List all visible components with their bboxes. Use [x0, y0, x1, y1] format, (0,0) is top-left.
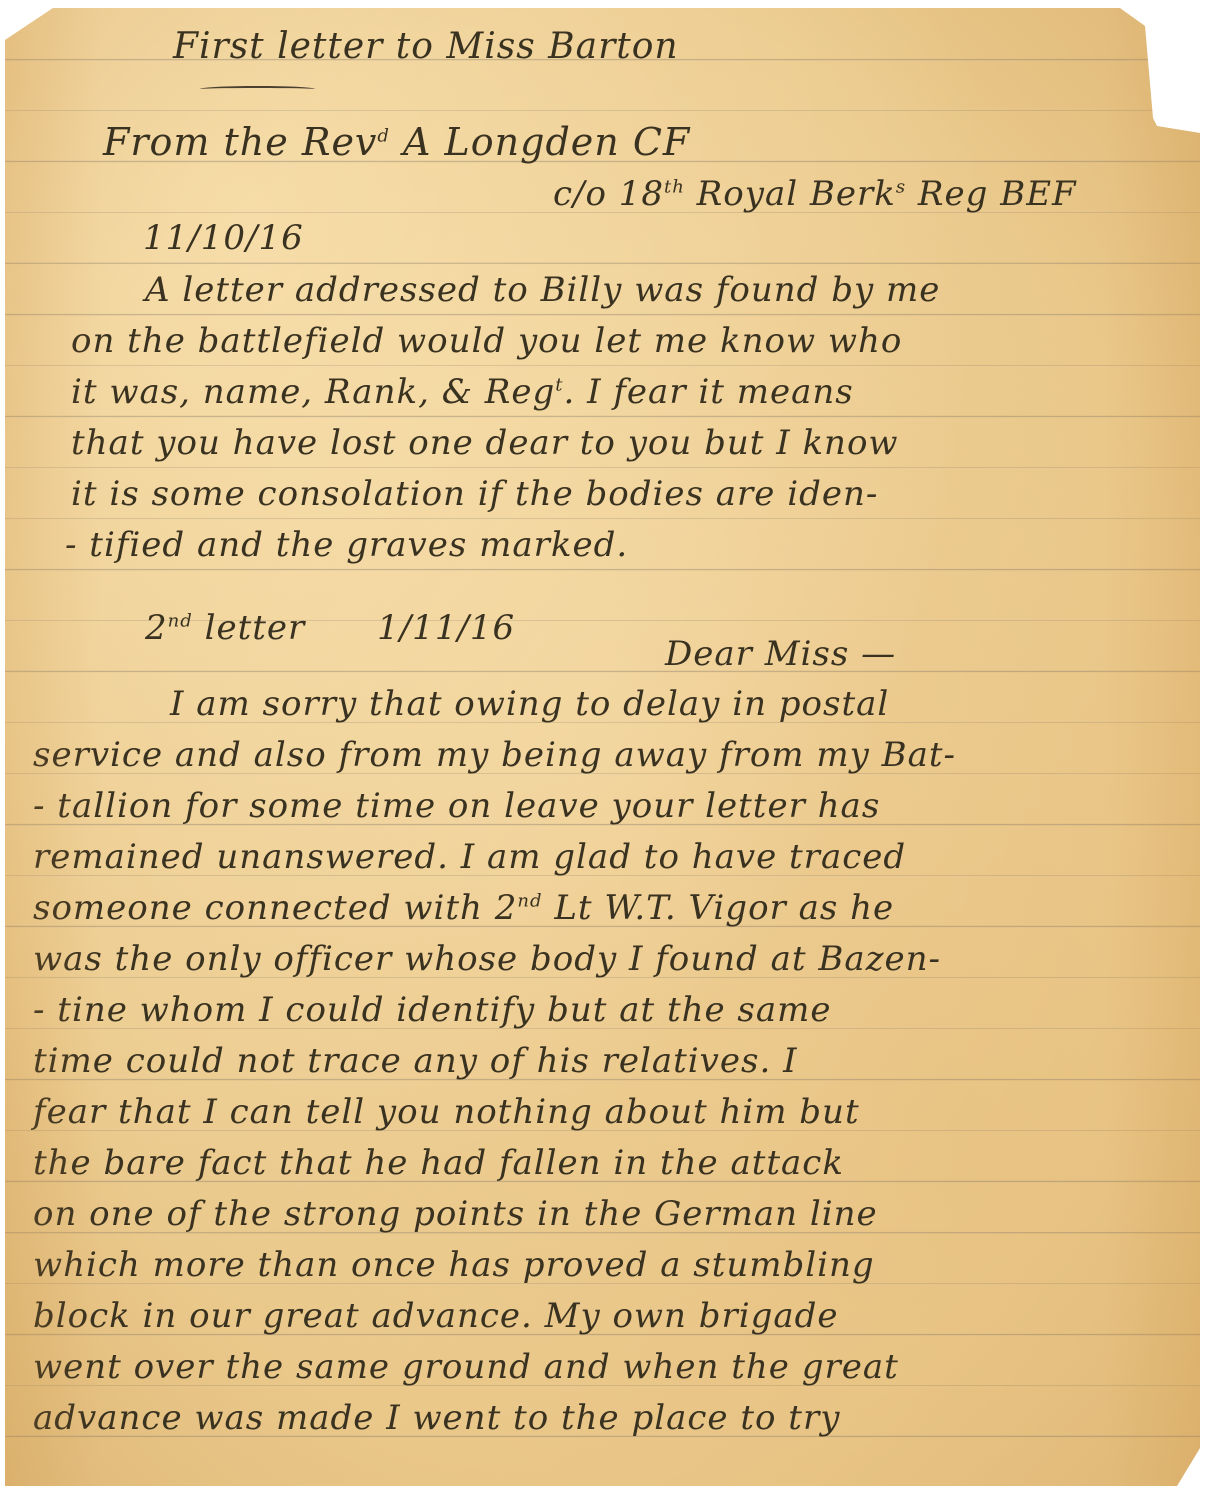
second-letter-line-10: the bare fact that he had fallen in the …: [33, 1143, 844, 1183]
line-text: it is some consolation if the bodies are…: [71, 474, 878, 514]
line-text: on the battlefield would you let me know…: [71, 321, 902, 361]
from-text: From the Rev: [103, 120, 377, 164]
second-letter-line-15: advance was made I went to the place to …: [33, 1398, 840, 1438]
line-text: A letter addressed to Billy was found by…: [145, 270, 940, 310]
line-text: on one of the strong points in the Germa…: [33, 1194, 878, 1234]
second-letter-line-11: on one of the strong points in the Germa…: [33, 1194, 878, 1234]
line-text: remained unanswered. I am glad to have t…: [33, 837, 906, 877]
second-letter-line-5: someone connected with 2nd Lt W.T. Vigor…: [33, 888, 894, 928]
line-text: that you have lost one dear to you but I…: [71, 423, 899, 463]
second-letter-line-7: - tine whom I could identify but at the …: [33, 990, 832, 1030]
line-text: went over the same ground and when the g…: [33, 1347, 899, 1387]
title-text: First letter to Miss Barton: [173, 26, 679, 67]
label-sup: nd: [168, 611, 193, 632]
line-text: - tified and the graves marked.: [65, 525, 628, 565]
line-text: block in our great advance. My own briga…: [33, 1296, 839, 1336]
line-text: someone connected with 2: [33, 888, 517, 928]
second-letter-line-14: went over the same ground and when the g…: [33, 1347, 899, 1387]
line-end: Lt W.T. Vigor as he: [543, 888, 895, 928]
second-letter-line-8: time could not trace any of his relative…: [33, 1041, 798, 1081]
second-letter-line-6: was the only officer whose body I found …: [33, 939, 941, 979]
line-end: . I fear it means: [563, 372, 853, 412]
line-text: - tine whom I could identify but at the …: [33, 990, 832, 1030]
date-text: 11/10/16: [143, 218, 304, 258]
first-letter-date: 11/10/16: [143, 218, 304, 258]
line-text: was the only officer whose body I found …: [33, 939, 941, 979]
salutation-text: Dear Miss —: [665, 634, 896, 674]
line-text: fear that I can tell you nothing about h…: [33, 1092, 860, 1132]
line-text: I am sorry that owing to delay in postal: [170, 684, 889, 724]
label-text: 2: [145, 608, 168, 648]
from-sup: d: [377, 125, 390, 146]
from-line: From the Revd A Longden CF: [103, 120, 690, 164]
address-end: Reg BEF: [906, 174, 1077, 214]
from-rest: A Longden CF: [390, 120, 690, 164]
first-letter-line-1: A letter addressed to Billy was found by…: [145, 270, 940, 310]
line-text: the bare fact that he had fallen in the …: [33, 1143, 844, 1183]
second-letter-date: 1/11/16: [377, 608, 515, 648]
line-sup: t: [555, 375, 563, 396]
second-letter-line-9: fear that I can tell you nothing about h…: [33, 1092, 860, 1132]
line-text: service and also from my being away from…: [33, 735, 956, 775]
line-text: - tallion for some time on leave your le…: [33, 786, 880, 826]
second-letter-line-13: block in our great advance. My own briga…: [33, 1296, 839, 1336]
line-text: it was, name, Rank, & Reg: [71, 372, 555, 412]
first-letter-line-3: it was, name, Rank, & Regt. I fear it me…: [71, 372, 854, 412]
second-letter-line-12: which more than once has proved a stumbl…: [33, 1245, 875, 1285]
letter-page: First letter to Miss Barton From the Rev…: [5, 8, 1200, 1486]
first-letter-line-2: on the battlefield would you let me know…: [71, 321, 902, 361]
second-letter-label: 2nd letter 1/11/16: [145, 608, 515, 648]
second-letter-line-2: service and also from my being away from…: [33, 735, 956, 775]
line-text: time could not trace any of his relative…: [33, 1041, 798, 1081]
letter-title: First letter to Miss Barton: [173, 26, 679, 67]
salutation: Dear Miss —: [665, 634, 896, 674]
line-sup: nd: [517, 891, 542, 912]
address-sup2: s: [896, 177, 906, 198]
second-letter-line-3: - tallion for some time on leave your le…: [33, 786, 880, 826]
second-letter-line-4: remained unanswered. I am glad to have t…: [33, 837, 906, 877]
address-rest: Royal Berk: [685, 174, 896, 214]
address-prefix: c/o 18: [553, 174, 664, 214]
first-letter-line-6: - tified and the graves marked.: [65, 525, 628, 565]
address-line: c/o 18th Royal Berks Reg BEF: [553, 174, 1077, 214]
first-letter-line-4: that you have lost one dear to you but I…: [71, 423, 899, 463]
first-letter-line-5: it is some consolation if the bodies are…: [71, 474, 878, 514]
line-text: advance was made I went to the place to …: [33, 1398, 840, 1438]
second-letter-line-1: I am sorry that owing to delay in postal: [170, 684, 889, 724]
label-rest: letter: [193, 608, 306, 648]
title-underline: [200, 86, 315, 92]
address-sup: th: [664, 177, 685, 198]
line-text: which more than once has proved a stumbl…: [33, 1245, 875, 1285]
